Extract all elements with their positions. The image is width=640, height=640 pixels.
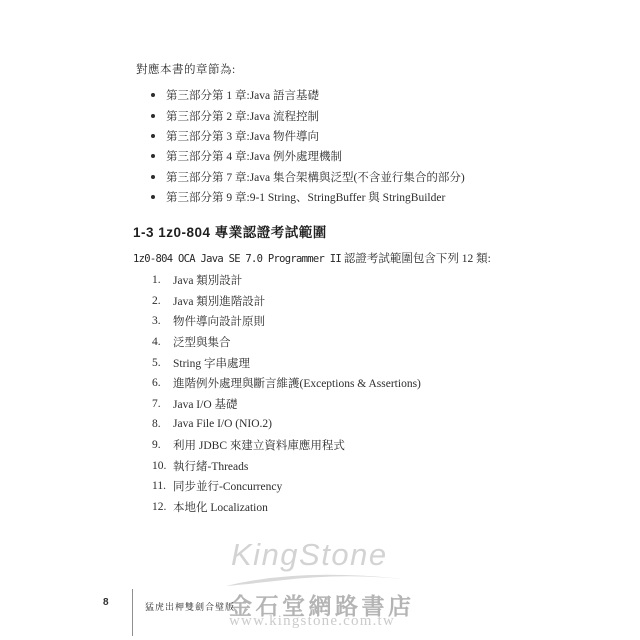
list-item: 6.進階例外處理與斷言維護(Exceptions & Assertions) (152, 373, 421, 394)
topic-label: 本地化 Localization (173, 499, 268, 515)
bullet-icon (151, 93, 155, 97)
list-item: 第三部分第 3 章:Java 物件導向 (151, 126, 465, 146)
topic-number: 8. (152, 418, 173, 430)
list-item: 2.Java 類別進階設計 (152, 291, 421, 312)
list-item: 1.Java 類別設計 (152, 270, 421, 291)
swoosh-icon (224, 572, 404, 588)
topic-label: Java 類別進階設計 (173, 293, 265, 309)
topic-label: 物件導向設計原則 (173, 313, 265, 329)
topic-label: Java I/O 基礎 (173, 396, 238, 412)
chapter-item-text: 第三部分第 9 章:9-1 String、StringBuffer 與 Stri… (166, 189, 445, 205)
kingstone-logo-text: KingStone (231, 537, 388, 573)
bullet-icon (151, 114, 155, 118)
chapter-item-text: 第三部分第 3 章:Java 物件導向 (166, 128, 319, 144)
topic-label: Java 類別設計 (173, 272, 242, 288)
list-item: 9.利用 JDBC 來建立資料庫應用程式 (152, 435, 421, 456)
chapter-item-text: 第三部分第 7 章:Java 集合架構與泛型(不含並行集合的部分) (166, 169, 465, 185)
list-item: 第三部分第 4 章:Java 例外處理機制 (151, 146, 465, 166)
bullet-icon (151, 154, 155, 158)
topic-label: 執行緒-Threads (173, 458, 248, 474)
list-item: 第三部分第 9 章:9-1 String、StringBuffer 與 Stri… (151, 187, 465, 207)
list-item: 3.物件導向設計原則 (152, 311, 421, 332)
topic-label: 利用 JDBC 來建立資料庫應用程式 (173, 437, 345, 453)
chapter-item-text: 第三部分第 4 章:Java 例外處理機制 (166, 148, 342, 164)
topic-number: 3. (152, 315, 173, 327)
topic-number: 4. (152, 336, 173, 348)
chapter-item-text: 第三部分第 1 章:Java 語言基礎 (166, 87, 319, 103)
bullet-icon (151, 134, 155, 138)
list-item: 7.Java I/O 基礎 (152, 394, 421, 415)
list-item: 5.String 字串處理 (152, 352, 421, 373)
topic-number: 5. (152, 357, 173, 369)
topic-number: 1. (152, 274, 173, 286)
book-page: 對應本書的章節為: 第三部分第 1 章:Java 語言基礎 第三部分第 2 章:… (0, 0, 640, 640)
exam-intro-text: 認證考試範圍包含下列 12 類: (341, 253, 491, 265)
list-item: 第三部分第 1 章:Java 語言基礎 (151, 85, 465, 105)
topic-number: 9. (152, 439, 173, 451)
topic-number: 2. (152, 295, 173, 307)
topic-number: 10. (152, 460, 173, 472)
list-item: 4.泛型與集合 (152, 332, 421, 353)
exam-code: 1z0-804 OCA Java SE 7.0 Programmer II (133, 253, 341, 265)
topic-label: 進階例外處理與斷言維護(Exceptions & Assertions) (173, 375, 421, 391)
bullet-icon (151, 195, 155, 199)
list-item: 8.Java File I/O (NIO.2) (152, 414, 421, 435)
exam-intro: 1z0-804 OCA Java SE 7.0 Programmer II 認證… (133, 250, 491, 266)
kingstone-url: www.kingstone.com.tw (229, 613, 395, 630)
topic-label: String 字串處理 (173, 355, 250, 371)
topic-label: 泛型與集合 (173, 334, 231, 350)
chapter-item-text: 第三部分第 2 章:Java 流程控制 (166, 108, 319, 124)
topic-number: 7. (152, 398, 173, 410)
bullet-icon (151, 175, 155, 179)
topic-number: 11. (152, 480, 173, 492)
chapter-list: 第三部分第 1 章:Java 語言基礎 第三部分第 2 章:Java 流程控制 … (151, 85, 465, 207)
list-item: 10.執行緒-Threads (152, 455, 421, 476)
topic-list: 1.Java 類別設計 2.Java 類別進階設計 3.物件導向設計原則 4.泛… (152, 270, 421, 517)
topic-label: 同步並行-Concurrency (173, 478, 282, 494)
kingstone-store-name: 金石堂網路書店 (229, 588, 415, 621)
chapters-intro: 對應本書的章節為: (136, 61, 236, 77)
list-item: 11.同步並行-Concurrency (152, 476, 421, 497)
footer-book-title: 猛虎出柙雙劍合璧版 (145, 600, 235, 613)
topic-number: 6. (152, 377, 173, 389)
section-heading: 1-3 1z0-804 專業認證考試範圍 (133, 221, 327, 241)
page-number: 8 (103, 597, 109, 608)
topic-number: 12. (152, 501, 173, 513)
list-item: 第三部分第 7 章:Java 集合架構與泛型(不含並行集合的部分) (151, 167, 465, 187)
list-item: 12.本地化 Localization (152, 497, 421, 518)
topic-label: Java File I/O (NIO.2) (173, 418, 272, 430)
footer-divider (132, 589, 133, 636)
list-item: 第三部分第 2 章:Java 流程控制 (151, 105, 465, 125)
